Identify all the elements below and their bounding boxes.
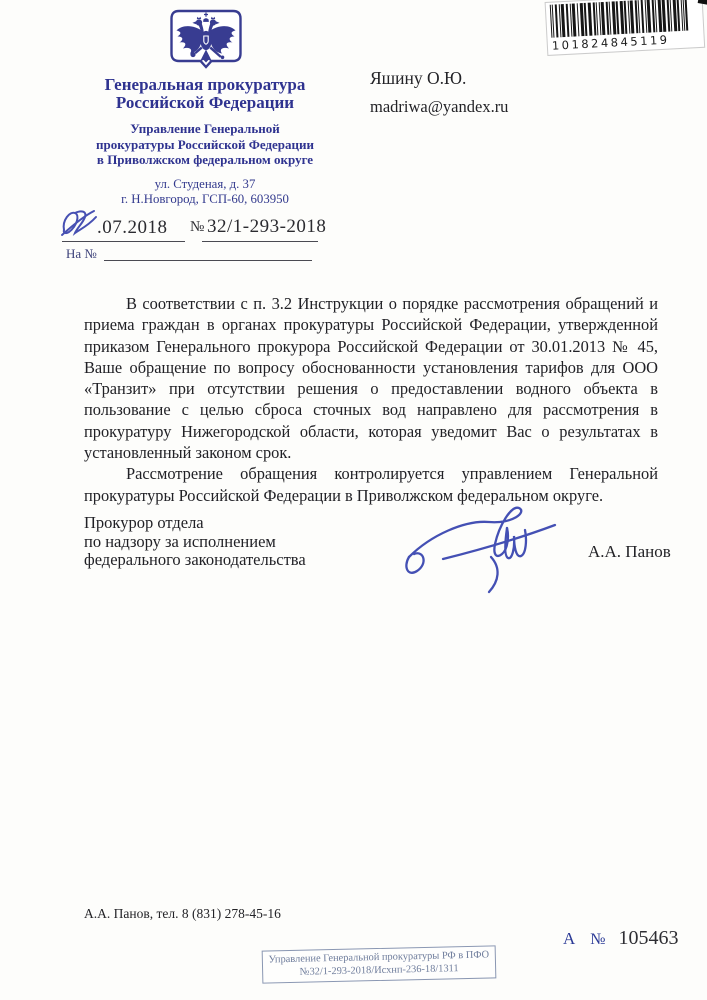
address-line1: ул. Студеная, д. 37 [50, 177, 360, 192]
form-number-value: 105463 [619, 927, 679, 949]
signer-position-line3: федерального законодательства [84, 551, 306, 570]
form-number-block: А № 105463 [563, 927, 679, 950]
outgoing-registration-stamp: Управление Генеральной прокуратуры РФ в … [262, 945, 497, 983]
dept-line2: прокуратуры Российской Федерации [50, 137, 360, 153]
org-name-line2: Российской Федерации [50, 94, 360, 112]
date-underline [62, 241, 185, 242]
signer-position-line2: по надзору за исполнением [84, 533, 306, 552]
date-printed-part: .07.2018 [97, 217, 168, 239]
signer-name: А.А. Панов [588, 542, 671, 562]
handwritten-signature-ink [403, 500, 561, 595]
signer-position-line1: Прокурор отдела [84, 514, 306, 533]
dept-line1: Управление Генеральной [50, 121, 360, 137]
form-letter: А [563, 929, 575, 948]
dept-line3: в Приволжском федеральном округе [50, 152, 360, 168]
registration-barcode: 101824845119 [545, 0, 706, 56]
scanned-letter-page: Генеральная прокуратура Российской Федер… [0, 0, 707, 1000]
org-name-line1: Генеральная прокуратура [50, 76, 360, 94]
outgoing-number-underline [202, 241, 318, 242]
prosecutor-coat-of-arms-emblem [170, 8, 242, 73]
reply-to-underline [104, 260, 312, 261]
recipient-email: madriwa@yandex.ru [370, 97, 508, 117]
executor-contact: А.А. Панов, тел. 8 (831) 278-45-16 [84, 906, 281, 922]
recipient-name: Яшину О.Ю. [370, 68, 466, 89]
number-sign: № [190, 219, 204, 236]
address-line2: г. Н.Новгород, ГСП-60, 603950 [50, 192, 360, 207]
reply-to-label: На № [66, 246, 97, 262]
outgoing-number: 32/1-293-2018 [207, 216, 326, 238]
body-paragraph-2: Рассмотрение обращения контролируется уп… [84, 463, 658, 506]
handwritten-day-ink [60, 208, 100, 240]
form-number-sign: № [590, 931, 605, 948]
body-paragraph-1: В соответствии с п. 3.2 Инструкции о пор… [84, 293, 658, 463]
